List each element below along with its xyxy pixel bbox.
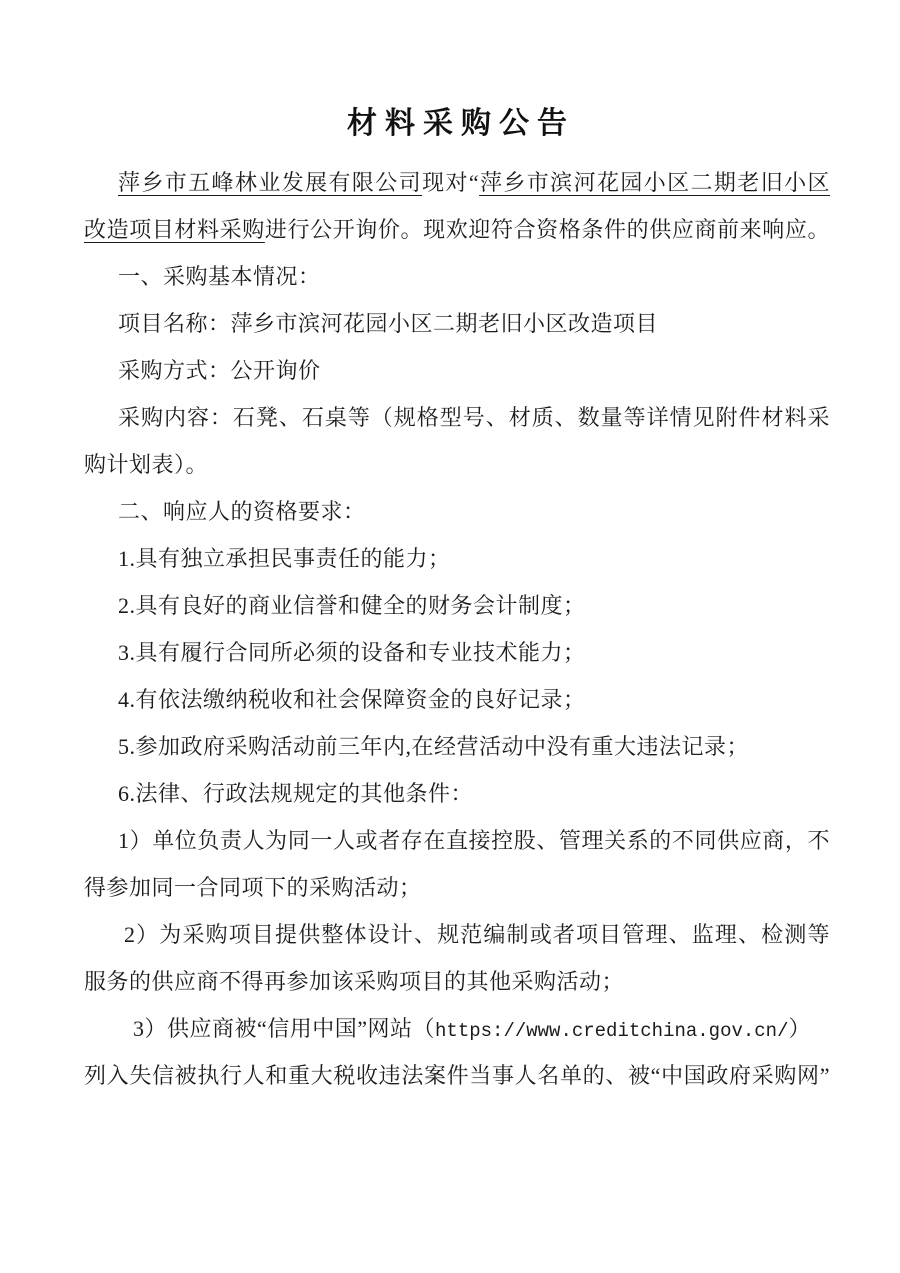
section-qualification-heading: 二、响应人的资格要求： [84, 488, 830, 535]
project-name-underlined-part1: 萍乡市滨河花园小区二期老旧小区 [479, 170, 830, 195]
subitem-2-line-1: 2）为采购项目提供整体设计、规范编制或者项目管理、监理、检测等 [84, 911, 830, 958]
subitem-1-line-2: 得参加同一合同项下的采购活动； [84, 864, 830, 911]
procurement-method-line: 采购方式：公开询价 [84, 347, 830, 394]
requirement-6: 6.法律、行政法规规定的其他条件： [84, 770, 830, 817]
credit-china-url-text: https://www.creditchina.gov.cn/ [435, 1020, 788, 1042]
requirement-2: 2.具有良好的商业信誉和健全的财务会计制度； [84, 582, 830, 629]
document-page: 材料采购公告 萍乡市五峰林业发展有限公司现对“萍乡市滨河花园小区二期老旧小区 改… [0, 0, 900, 1273]
subitem-2-line-2: 服务的供应商不得再参加该采购项目的其他采购活动； [84, 958, 830, 1005]
subitem-3-close-paren: ） [789, 1016, 812, 1041]
requirement-3: 3.具有履行合同所必须的设备和专业技术能力； [84, 629, 830, 676]
project-name-line: 项目名称：萍乡市滨河花园小区二期老旧小区改造项目 [84, 300, 830, 347]
intro-rest-text: 进行公开询价。现欢迎符合资格条件的供应商前来响应。 [265, 217, 830, 242]
company-name-underlined: 萍乡市五峰林业发展有限公司 [118, 170, 422, 195]
subitem-3-line-1: 3）供应商被“信用中国”网站（https://www.creditchina.g… [84, 1005, 830, 1052]
procurement-content-line-2: 购计划表）。 [84, 441, 830, 488]
subitem-1-line-1: 1）单位负责人为同一人或者存在直接控股、管理关系的不同供应商，不 [84, 817, 830, 864]
requirement-1: 1.具有独立承担民事责任的能力； [84, 535, 830, 582]
subitem-3-line-2: 列入失信被执行人和重大税收违法案件当事人名单的、被“中国政府采购网” [84, 1052, 830, 1099]
requirement-5: 5.参加政府采购活动前三年内,在经营活动中没有重大违法记录； [84, 723, 830, 770]
subitem-3-prefix-text: 3）供应商被“信用中国”网站（ [133, 1016, 435, 1041]
intro-line-2: 改造项目材料采购进行公开询价。现欢迎符合资格条件的供应商前来响应。 [84, 206, 830, 253]
section-basic-heading: 一、采购基本情况： [84, 253, 830, 300]
intro-connector-text: 现对“ [422, 170, 479, 195]
requirement-4: 4.有依法缴纳税收和社会保障资金的良好记录； [84, 676, 830, 723]
intro-line-1: 萍乡市五峰林业发展有限公司现对“萍乡市滨河花园小区二期老旧小区 [84, 159, 830, 206]
project-name-underlined-part2: 改造项目材料采购 [84, 217, 265, 242]
document-body: 材料采购公告 萍乡市五峰林业发展有限公司现对“萍乡市滨河花园小区二期老旧小区 改… [0, 0, 900, 1099]
document-title: 材料采购公告 [84, 104, 830, 144]
procurement-content-line-1: 采购内容：石凳、石桌等（规格型号、材质、数量等详情见附件材料采 [84, 394, 830, 441]
